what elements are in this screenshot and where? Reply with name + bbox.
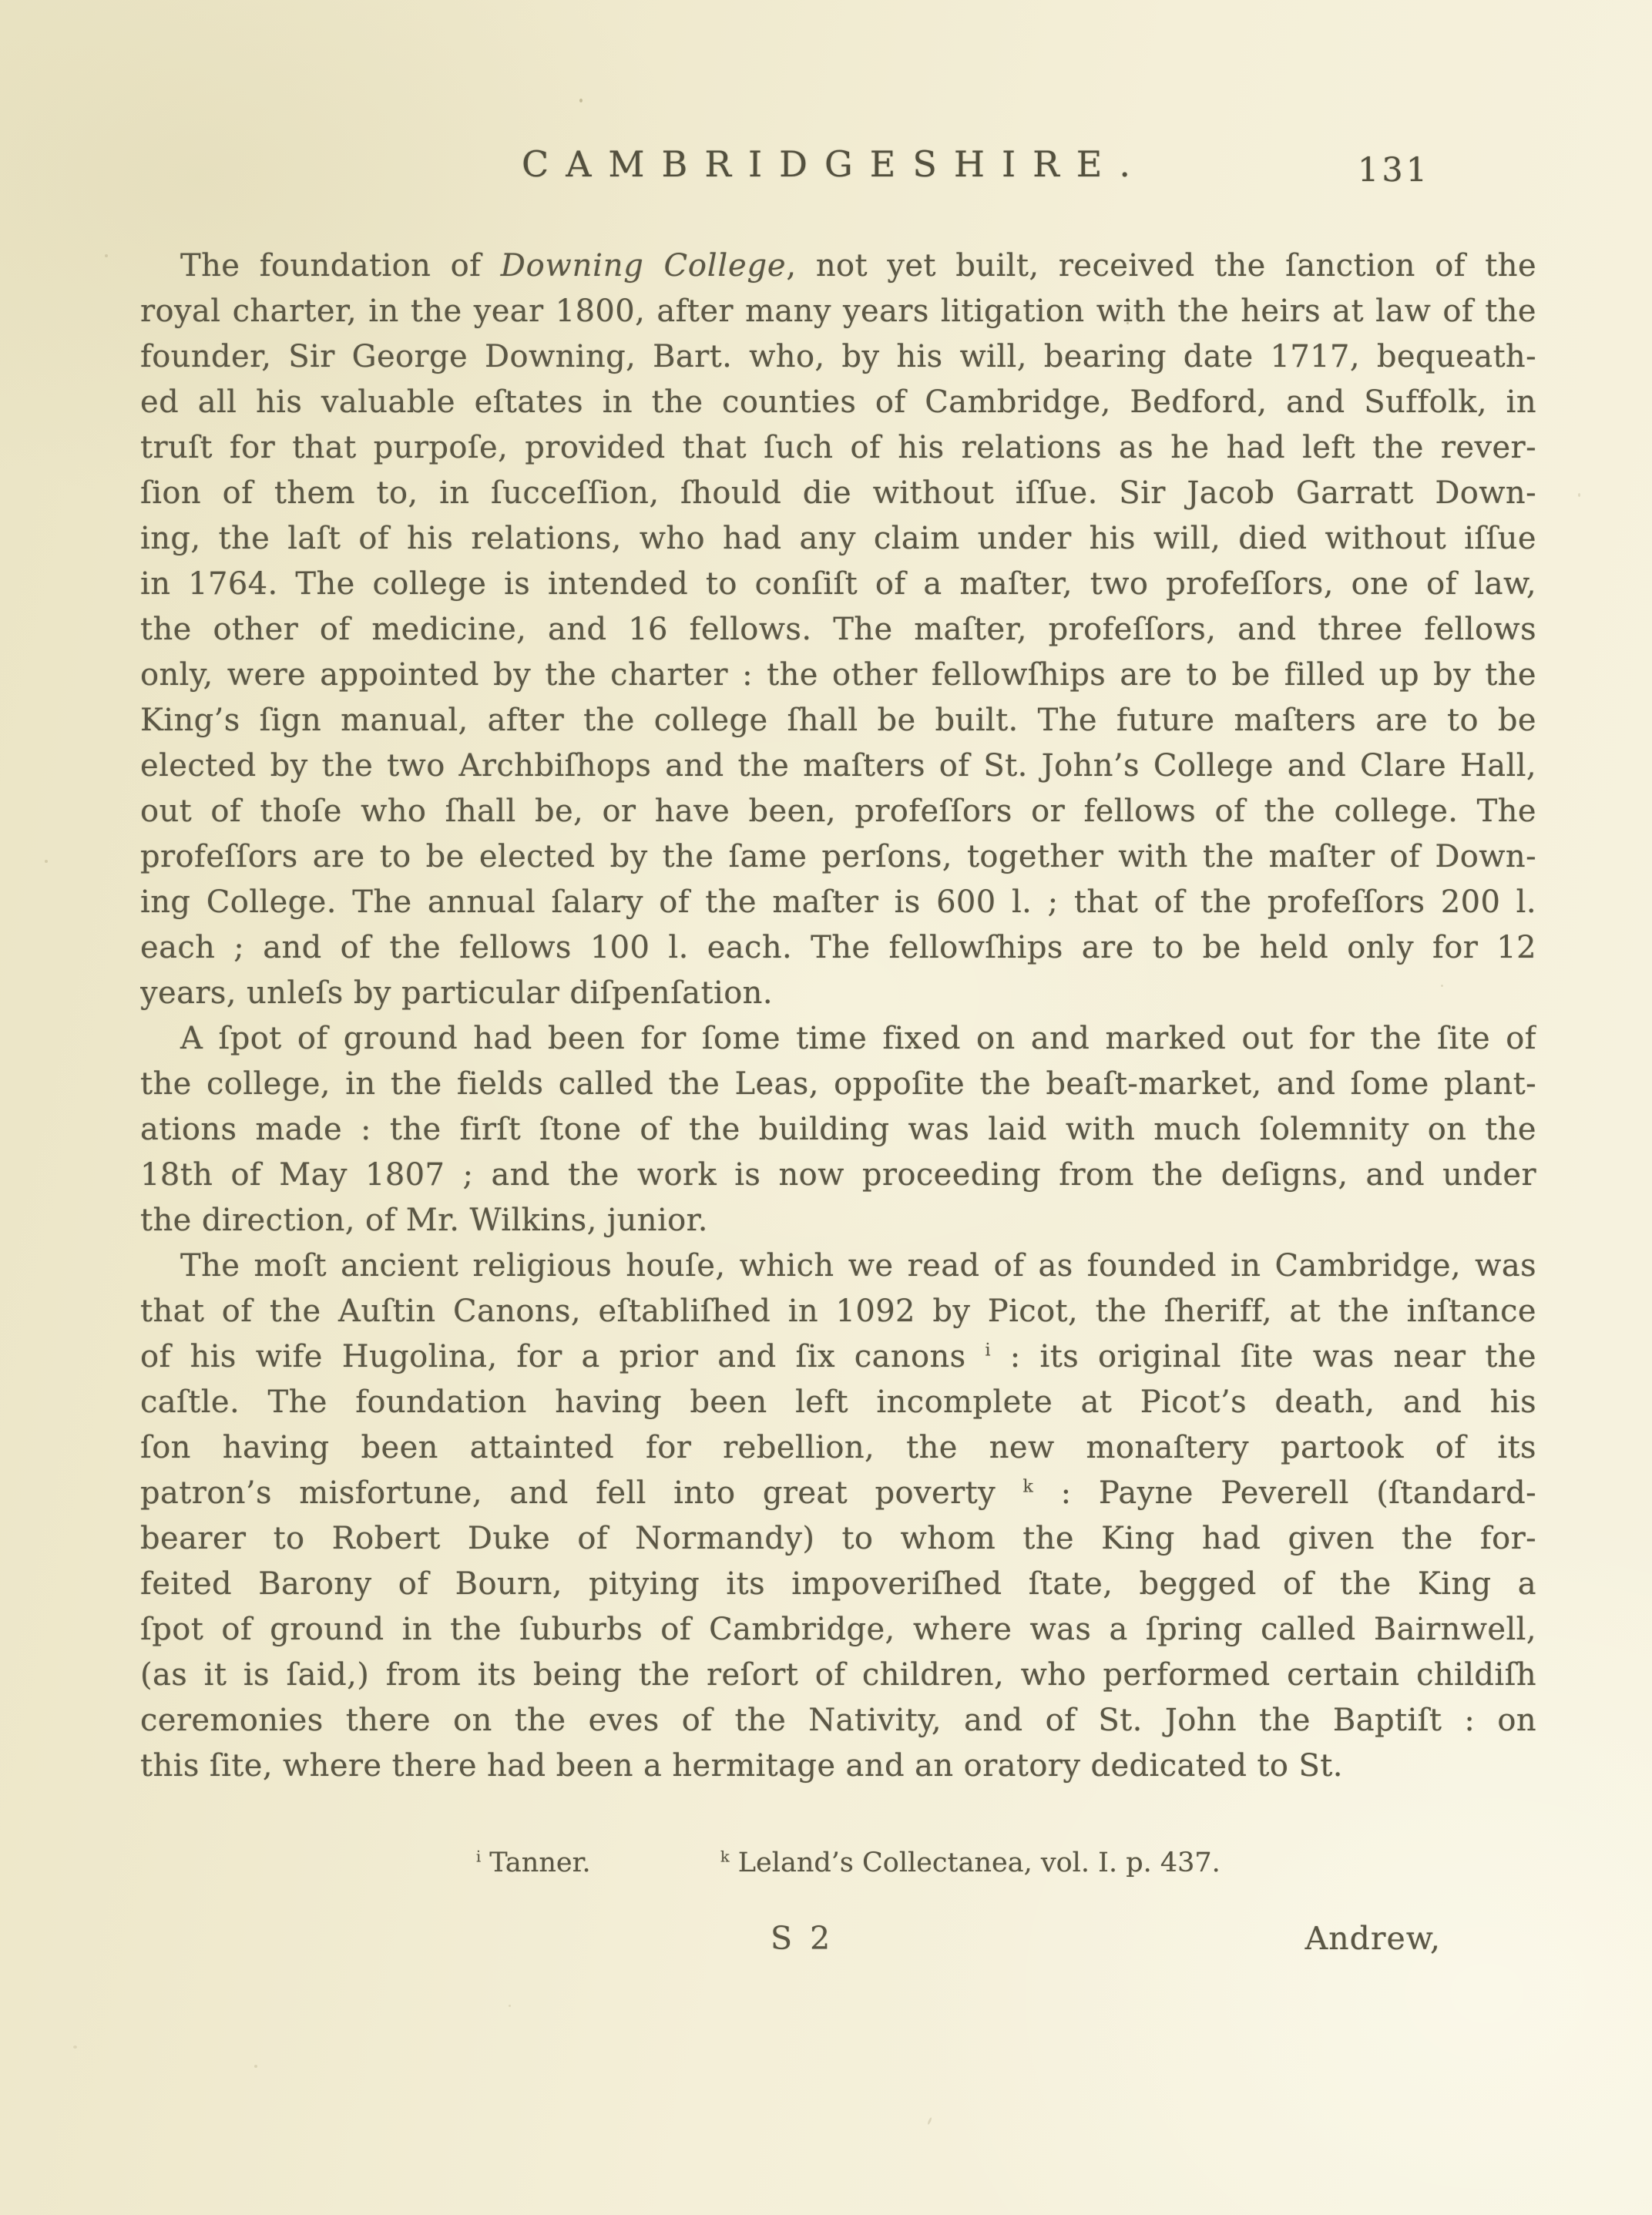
text-line: bearer to Robert Duke of Normandy) to wh… [140,1516,1536,1562]
text-line: ations made : the firſt ſtone of the bui… [140,1107,1536,1153]
catchword: Andrew, [1305,1920,1441,1957]
text-line: A ſpot of ground had been for ſome time … [140,1016,1536,1062]
text-line: King’s ſign manual, after the college ſh… [140,698,1536,743]
footnote-row: i Tanner. k Leland’s Collectanea, vol. I… [140,1848,1536,1894]
paper-speck [579,99,583,102]
footnote: i Tanner. [476,1848,591,1878]
text-line: The moſt ancient religious houſe, which … [140,1243,1536,1289]
text-line: elected by the two Archbiſhops and the m… [140,743,1536,789]
page-number: 131 [1358,151,1430,190]
text-line: ed all his valuable eſtates in the count… [140,380,1536,425]
text-line: patron’s misfortune, and fell into great… [140,1471,1536,1516]
text-line: that of the Auſtin Canons, eſtabliſhed i… [140,1289,1536,1334]
text-line: profeſſors are to be elected by the ſame… [140,834,1536,880]
text-line: ſion of them to, in ſucceſſion, ſhould d… [140,471,1536,516]
page-header: CAMBRIDGESHIRE. 131 [0,143,1652,197]
text-line: this ſite, where there had been a hermit… [140,1743,1536,1789]
text-line: in 1764. The college is intended to conſ… [140,562,1536,607]
footnote: k Leland’s Collectanea, vol. I. p. 437. [720,1848,1221,1878]
text-line: royal charter, in the year 1800, after m… [140,289,1536,334]
text-line: truſt for that purpoſe, provided that ſu… [140,425,1536,471]
text-line: ing College. The annual ſalary of the ma… [140,880,1536,925]
text-line: each ; and of the fellows 100 l. each. T… [140,925,1536,971]
text-block: The foundation of Downing College, not y… [140,243,1536,1789]
text-line: The foundation of Downing College, not y… [140,243,1536,289]
text-line: (as it is ſaid,) from its being the reſo… [140,1653,1536,1698]
signature-row: S 2 Andrew, [140,1920,1536,1966]
text-line: founder, Sir George Downing, Bart. who, … [140,334,1536,380]
text-line: feited Barony of Bourn, pitying its impo… [140,1562,1536,1607]
text-line: only, were appointed by the charter : th… [140,653,1536,698]
text-line: ceremonies there on the eves of the Nati… [140,1698,1536,1743]
text-line: of his wife Hugolina, for a prior and ſi… [140,1334,1536,1380]
book-page: CAMBRIDGESHIRE. 131 The foundation of Do… [0,0,1652,2215]
text-line: ſon having been attainted for rebellion,… [140,1425,1536,1471]
text-line: caſtle. The foundation having been left … [140,1380,1536,1425]
text-line: years, unleſs by particular diſpenſation… [140,971,1536,1016]
signature-mark: S 2 [771,1920,830,1957]
paper-speck [105,254,108,257]
paper-speck [45,860,48,863]
text-line: ſpot of ground in the ſuburbs of Cambrid… [140,1607,1536,1653]
text-line: the college, in the fields called the Le… [140,1062,1536,1107]
text-line: 18th of May 1807 ; and the work is now p… [140,1153,1536,1198]
paper-speck [509,2005,511,2007]
text-line: the other of medicine, and 16 fellows. T… [140,607,1536,653]
text-line: the direction, of Mr. Wilkins, junior. [140,1198,1536,1243]
text-line: ing, the laſt of his relations, who had … [140,516,1536,562]
paper-speck [254,2065,257,2068]
paper-speck [927,2117,932,2125]
text-line: out of thoſe who ſhall be, or have been,… [140,789,1536,834]
paper-speck [73,2046,77,2049]
paper-speck [1578,493,1580,497]
